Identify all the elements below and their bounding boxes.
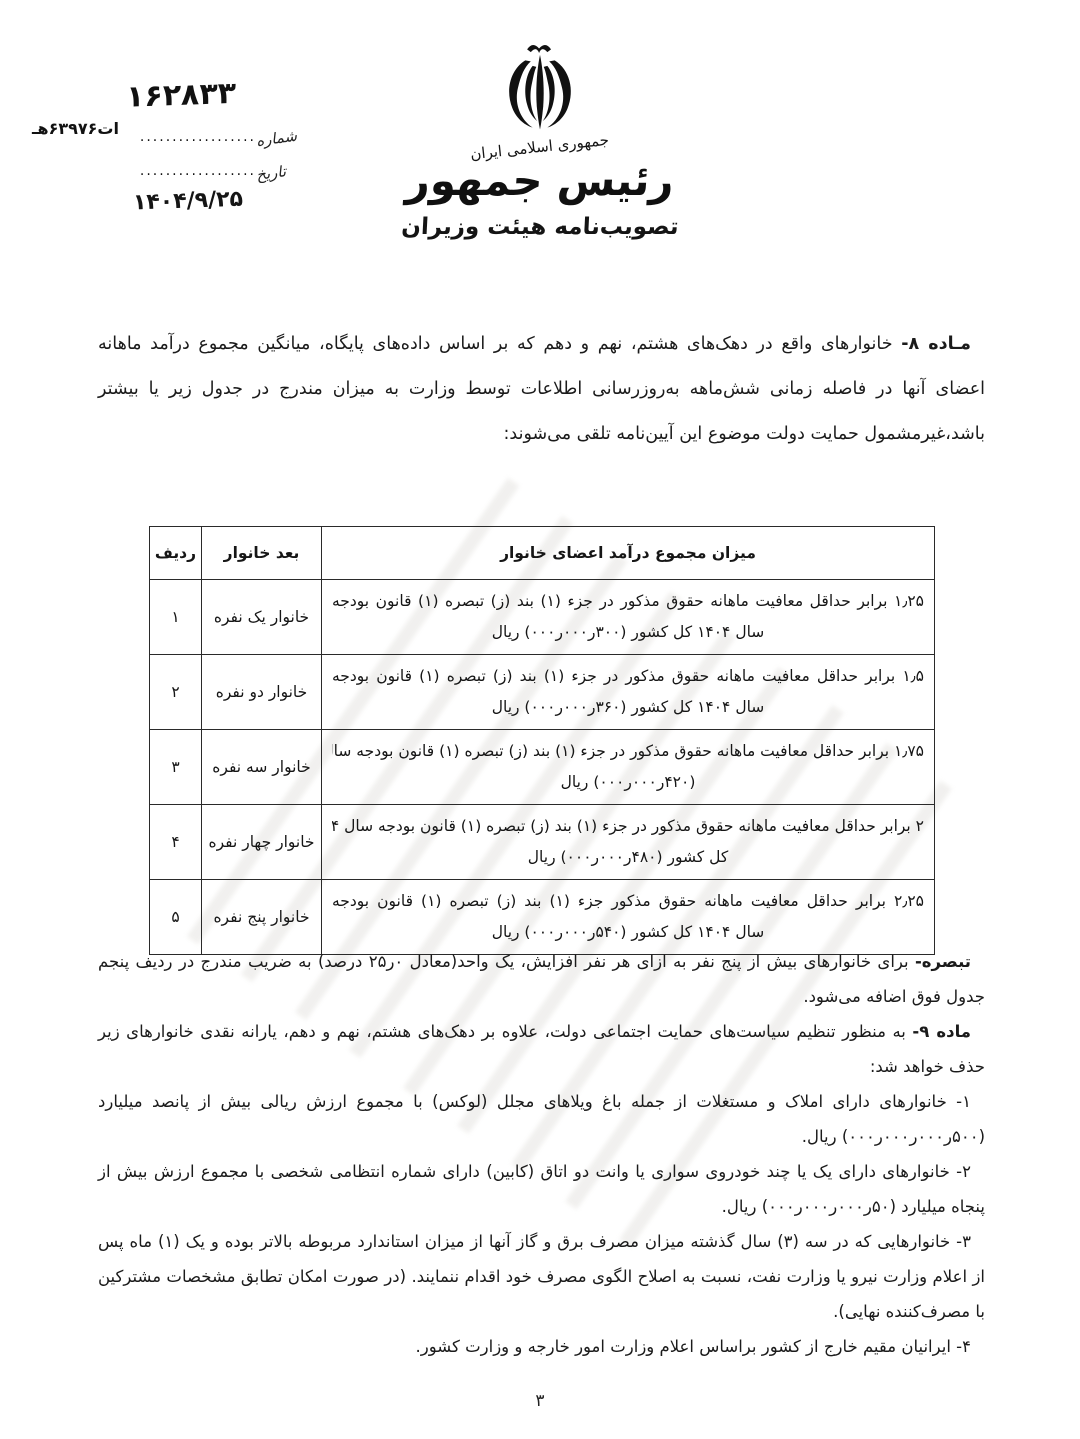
row-number-cell: ۳ [150,730,202,805]
page-number: ۳ [0,1391,1080,1411]
item-2-text: ۲- خانوارهای دارای یک یا چند خودروی سوار… [98,1162,985,1216]
income-cell: ۱٫۲۵ برابر حداقل معافیت ماهانه حقوق مذکو… [322,580,935,655]
iran-emblem-icon [494,40,586,136]
header-income: میزان مجموع درآمد اعضای خانوار [322,527,935,580]
article-8-paragraph: مـاده ۸- خانوارهای واقع در دهک‌های هشتم،… [98,322,985,457]
income-cell: ۱٫۵ برابر حداقل معافیت ماهانه حقوق مذکور… [322,655,935,730]
income-line2: سال ۱۴۰۴ کل کشور (۳۰۰ر۰۰۰ر۰۰۰) ریال [332,617,924,648]
household-size-cell: خانوار یک نفره [202,580,322,655]
row-number-cell: ۴ [150,805,202,880]
income-threshold-table: میزان مجموع درآمد اعضای خانوار بعد خانوا… [149,526,935,955]
household-size-cell: خانوار چهار نفره [202,805,322,880]
document-type-title: تصویب‌نامه هیئت وزیران [0,214,1080,240]
article-9-item-3: ۳- خانوارهایی که در سه (۳) سال گذشته میز… [98,1224,985,1329]
article-9-text: به منظور تنظیم سیاست‌های حمایت اجتماعی د… [98,1022,985,1076]
note-paragraph: تبصره- برای خانوارهای بیش از پنج نفر به … [98,944,985,1014]
income-line1: ۲ برابر حداقل معافیت ماهانه حقوق مذکور د… [332,811,924,842]
header-household-size: بعد خانوار [202,527,322,580]
item-4-text: ۴- ایرانیان مقیم خارج از کشور براساس اعل… [416,1337,971,1356]
income-line1: ۱٫۷۵ برابر حداقل معافیت ماهانه حقوق مذکو… [332,736,924,767]
article-8-text: خانوارهای واقع در دهک‌های هشتم، نهم و ده… [98,334,985,444]
article-9-paragraph: ماده ۹- به منظور تنظیم سیاست‌های حمایت ا… [98,1014,985,1084]
household-size-cell: خانوار دو نفره [202,655,322,730]
office-title: رئیس جمهور [0,158,1080,204]
income-cell: ۲ برابر حداقل معافیت ماهانه حقوق مذکور د… [322,805,935,880]
income-line1: ۱٫۲۵ برابر حداقل معافیت ماهانه حقوق مذکو… [332,586,924,617]
row-number-cell: ۲ [150,655,202,730]
item-1-text: ۱- خانوارهای دارای املاک و مستغلات از جم… [98,1092,985,1146]
household-size-cell: خانوار سه نفره [202,730,322,805]
note-lead: تبصره- [915,952,971,971]
article-9-item-1: ۱- خانوارهای دارای املاک و مستغلات از جم… [98,1084,985,1154]
row-number-cell: ۱ [150,580,202,655]
income-cell: ۱٫۷۵ برابر حداقل معافیت ماهانه حقوق مذکو… [322,730,935,805]
article-9-item-4: ۴- ایرانیان مقیم خارج از کشور براساس اعل… [98,1329,985,1364]
document-page: ۱۶۲۸۳۳ شماره .................. ات۶۳۹۷۶ه… [0,0,1080,1439]
table-row: ۱٫۵ برابر حداقل معافیت ماهانه حقوق مذکور… [150,655,935,730]
header-row-number: ردیف [150,527,202,580]
income-line1: ۲٫۲۵ برابر حداقل معافیت ماهانه حقوق مذکو… [332,886,924,917]
table-row: ۲ برابر حداقل معافیت ماهانه حقوق مذکور د… [150,805,935,880]
article-8-lead: مـاده ۸- [901,334,971,354]
income-line1: ۱٫۵ برابر حداقل معافیت ماهانه حقوق مذکور… [332,661,924,692]
letterhead-center: جمهوری اسلامی ایران رئیس جمهور تصویب‌نام… [0,40,1080,240]
article-9-item-2: ۲- خانوارهای دارای یک یا چند خودروی سوار… [98,1154,985,1224]
lower-paragraphs: تبصره- برای خانوارهای بیش از پنج نفر به … [98,944,985,1364]
item-3-text: ۳- خانوارهایی که در سه (۳) سال گذشته میز… [98,1232,985,1321]
article-9-lead: ماده ۹- [912,1022,971,1041]
income-line2: سال ۱۴۰۴ کل کشور (۳۶۰ر۰۰۰ر۰۰۰) ریال [332,692,924,723]
income-line2: (۴۲۰ر۰۰۰ر۰۰۰) ریال [332,767,924,798]
income-line2: کل کشور (۴۸۰ر۰۰۰ر۰۰۰) ریال [332,842,924,873]
table-row: ۱٫۷۵ برابر حداقل معافیت ماهانه حقوق مذکو… [150,730,935,805]
table-row: ۱٫۲۵ برابر حداقل معافیت ماهانه حقوق مذکو… [150,580,935,655]
note-text: برای خانوارهای بیش از پنج نفر به ازای هر… [98,952,985,1006]
table-header-row: میزان مجموع درآمد اعضای خانوار بعد خانوا… [150,527,935,580]
